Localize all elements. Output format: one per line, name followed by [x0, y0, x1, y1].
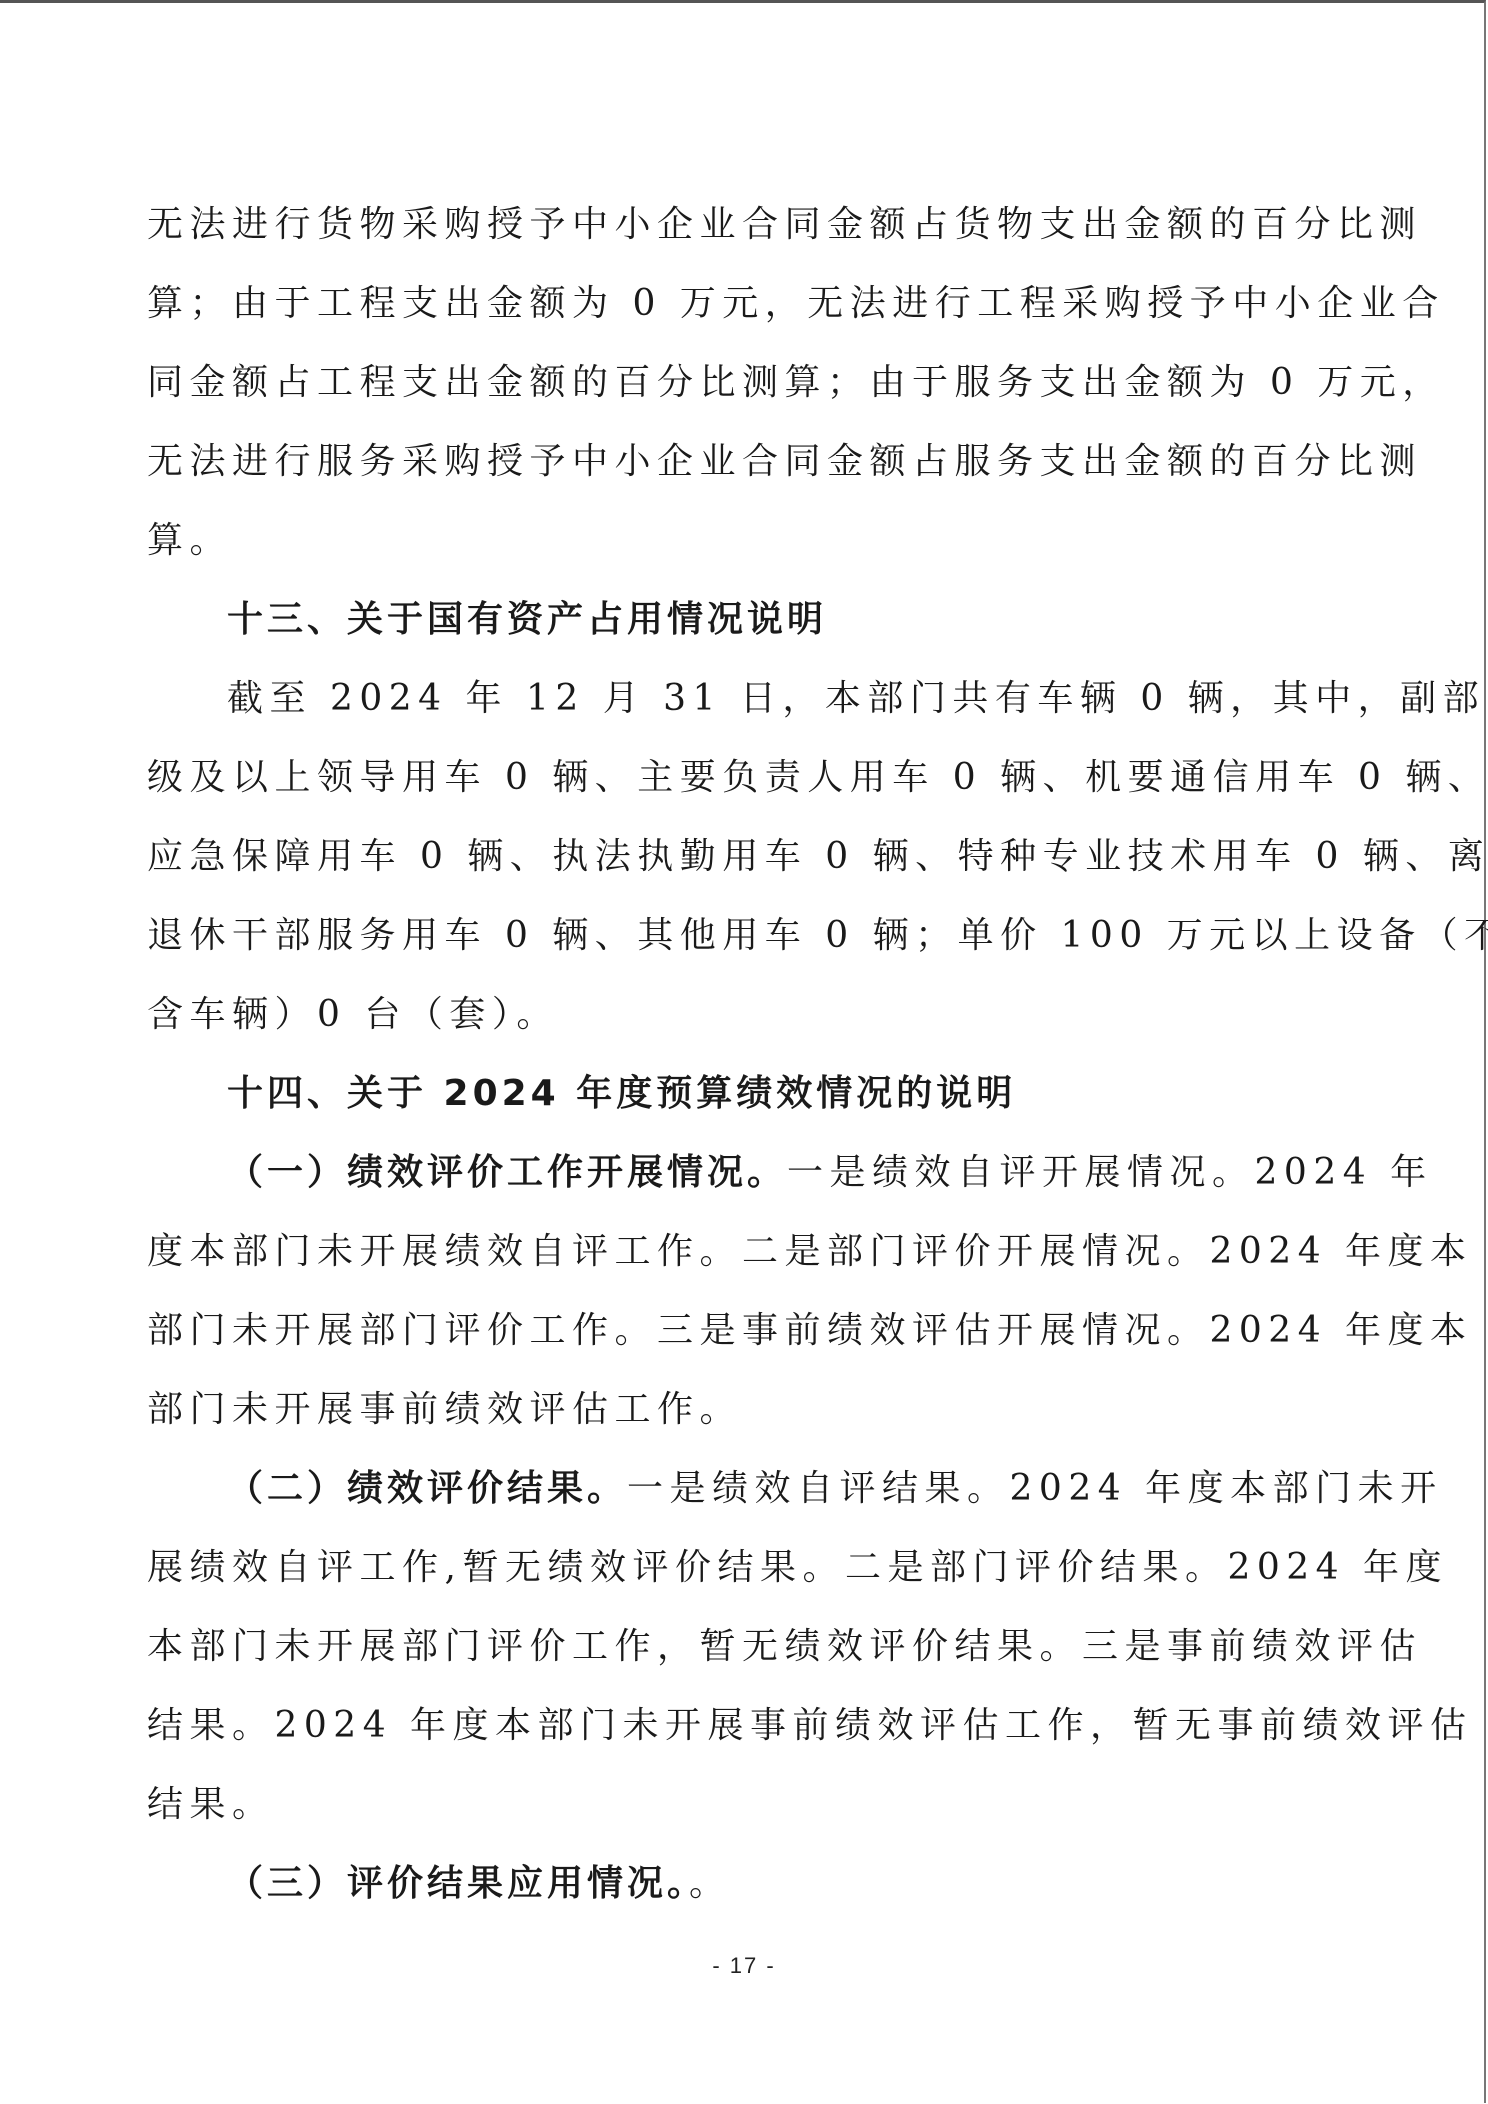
- subsection-title: （一）绩效评价工作开展情况。: [227, 1152, 787, 1193]
- text-line: 退休干部服务用车 0 辆、其他用车 0 辆；单价 100 万元以上设备（不: [147, 907, 1341, 986]
- subsection-2: （二）绩效评价结果。一是绩效自评结果。2024 年度本部门未开 展绩效自评工作,…: [147, 1460, 1341, 1855]
- text-line: 结果。2024 年度本部门未开展事前绩效评估工作，暂无事前绩效评估: [147, 1697, 1341, 1776]
- subsection-3: （三）评价结果应用情况。。: [147, 1855, 1341, 1934]
- page-body: 无法进行货物采购授予中小企业合同金额占货物支出金额的百分比测 算；由于工程支出金…: [147, 196, 1341, 1934]
- text-line: 含车辆）0 台（套）。: [147, 986, 1341, 1065]
- text-line: 算；由于工程支出金额为 0 万元，无法进行工程采购授予中小企业合: [147, 275, 1341, 354]
- page-number: - 17 -: [0, 1953, 1488, 1979]
- text-run: 一是绩效自评结果。2024 年度本部门未开: [627, 1468, 1443, 1509]
- text-line: 部门未开展部门评价工作。三是事前绩效评估开展情况。2024 年度本: [147, 1302, 1341, 1381]
- continuation-paragraph: 无法进行货物采购授予中小企业合同金额占货物支出金额的百分比测 算；由于工程支出金…: [147, 196, 1341, 591]
- text-line: （三）评价结果应用情况。。: [147, 1855, 1341, 1934]
- text-line: （二）绩效评价结果。一是绩效自评结果。2024 年度本部门未开: [147, 1460, 1341, 1539]
- section-heading: 十四、关于 2024 年度预算绩效情况的说明: [147, 1065, 1341, 1144]
- subsection-title: （三）评价结果应用情况。: [227, 1863, 689, 1904]
- text-line: 无法进行服务采购授予中小企业合同金额占服务支出金额的百分比测: [147, 433, 1341, 512]
- subsection-1: （一）绩效评价工作开展情况。一是绩效自评开展情况。2024 年 度本部门未开展绩…: [147, 1144, 1341, 1460]
- text-line: 级及以上领导用车 0 辆、主要负责人用车 0 辆、机要通信用车 0 辆、: [147, 749, 1341, 828]
- text-line: 度本部门未开展绩效自评工作。二是部门评价开展情况。2024 年度本: [147, 1223, 1341, 1302]
- text-line: 应急保障用车 0 辆、执法执勤用车 0 辆、特种专业技术用车 0 辆、离: [147, 828, 1341, 907]
- text-line: 部门未开展事前绩效评估工作。: [147, 1381, 1341, 1460]
- text-line: 本部门未开展部门评价工作，暂无绩效评价结果。三是事前绩效评估: [147, 1618, 1341, 1697]
- text-line: 算。: [147, 512, 1341, 591]
- text-line: 同金额占工程支出金额的百分比测算；由于服务支出金额为 0 万元，: [147, 354, 1341, 433]
- text-line: 无法进行货物采购授予中小企业合同金额占货物支出金额的百分比测: [147, 196, 1341, 275]
- subsection-title: （二）绩效评价结果。: [227, 1468, 627, 1509]
- section-14: 十四、关于 2024 年度预算绩效情况的说明 （一）绩效评价工作开展情况。一是绩…: [147, 1065, 1341, 1934]
- section-heading: 十三、关于国有资产占用情况说明: [147, 591, 1341, 670]
- document-page: 无法进行货物采购授予中小企业合同金额占货物支出金额的百分比测 算；由于工程支出金…: [0, 0, 1486, 2103]
- text-line: （一）绩效评价工作开展情况。一是绩效自评开展情况。2024 年: [147, 1144, 1341, 1223]
- section-13: 十三、关于国有资产占用情况说明 截至 2024 年 12 月 31 日，本部门共…: [147, 591, 1341, 1065]
- text-line: 结果。: [147, 1776, 1341, 1855]
- text-run: 一是绩效自评开展情况。2024 年: [787, 1152, 1433, 1193]
- text-run: 。: [689, 1863, 732, 1904]
- text-line: 展绩效自评工作,暂无绩效评价结果。二是部门评价结果。2024 年度: [147, 1539, 1341, 1618]
- text-line: 截至 2024 年 12 月 31 日，本部门共有车辆 0 辆，其中，副部（省）: [147, 670, 1341, 749]
